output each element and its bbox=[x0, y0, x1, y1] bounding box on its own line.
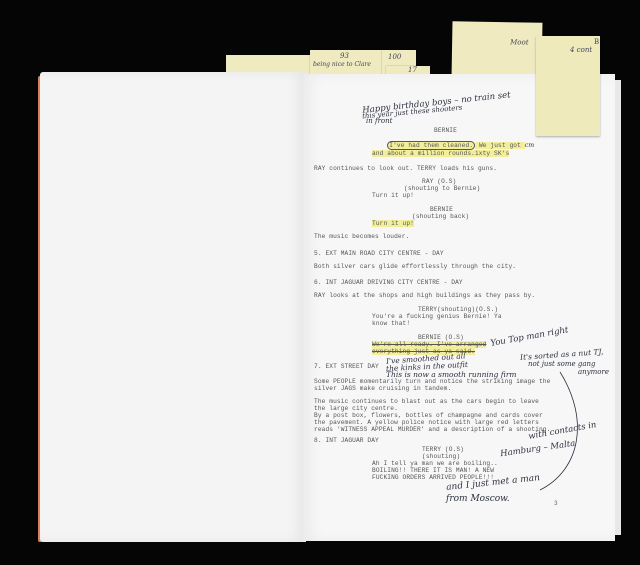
action-line: The music becomes louder. bbox=[314, 233, 409, 240]
page-number: 3 bbox=[554, 500, 558, 507]
action-line: The music continues to blast out as the … bbox=[314, 398, 539, 405]
handwritten-note: anymore bbox=[578, 368, 609, 376]
handwritten-note: not just some gang bbox=[528, 360, 596, 368]
dialogue: and about a million rounds. bbox=[372, 150, 475, 157]
dialogue: BOILING!! THERE IT IS MAN! A NEW bbox=[372, 467, 494, 474]
parenthetical: (shouting back) bbox=[412, 213, 469, 220]
action-line: the large city centre. bbox=[314, 405, 398, 412]
parenthetical: (shouting) bbox=[422, 453, 460, 460]
tab-note: Moot bbox=[510, 38, 529, 46]
photo-background: 93 being nice to Clare 100 17 Moot 4 con… bbox=[0, 0, 640, 565]
character-cue: RAY (O.S) bbox=[422, 178, 456, 185]
sticky-tab-moot: Moot bbox=[452, 21, 543, 79]
scene-heading: 8. INT JAGUAR DAY bbox=[314, 437, 379, 444]
action-line: RAY continues to look out. TERRY loads h… bbox=[314, 165, 497, 172]
tab-letter: B bbox=[594, 38, 599, 46]
tab-note: 4 cont bbox=[570, 46, 592, 54]
sticky-tab-93: 93 being nice to Clare bbox=[310, 50, 382, 74]
sticky-note-right: 4 cont B bbox=[536, 36, 600, 136]
scene-heading: 5. EXT MAIN ROAD CITY CENTRE - DAY bbox=[314, 250, 444, 257]
tab-note: being nice to Clare bbox=[313, 61, 371, 68]
handwritten-note: from Moscow. bbox=[446, 494, 510, 504]
action-line: By a post box, flowers, bottles of champ… bbox=[314, 412, 543, 419]
left-page-blank bbox=[40, 72, 306, 542]
dialogue: Turn it up! bbox=[372, 220, 414, 227]
scene-heading: 7. EXT STREET DAY bbox=[314, 363, 379, 370]
character-cue: BERNIE bbox=[430, 206, 453, 213]
character-cue: BERNIE (O.S) bbox=[418, 334, 464, 341]
parenthetical: (shouting to Bernie) bbox=[404, 185, 480, 192]
action-line: Some PEOPLE momentarily turn and notice … bbox=[314, 378, 550, 385]
dialogue: Ah I tell ya man we are boiling.. bbox=[372, 460, 498, 467]
character-cue: TERRY(shouting)(O.S.) bbox=[418, 306, 498, 313]
action-line: Both silver cars glide effortlessly thro… bbox=[314, 263, 516, 270]
action-line: silver JAGS make cruising in tandem. bbox=[314, 385, 451, 392]
handwritten-note: in front bbox=[366, 117, 392, 125]
tab-number: 17 bbox=[408, 66, 417, 74]
character-cue: TERRY (O.S) bbox=[422, 446, 464, 453]
dialogue: know that! bbox=[372, 320, 410, 327]
action-line: RAY looks at the shops and high building… bbox=[314, 292, 535, 299]
character-cue: BERNIE bbox=[434, 127, 457, 134]
action-line: reads 'WITNESS APPEAL MURDER' and a desc… bbox=[314, 426, 550, 433]
tab-number: 100 bbox=[388, 53, 401, 61]
dialogue: You're a fucking genius Bernie! Ya bbox=[372, 313, 502, 320]
dialogue: Turn it up! bbox=[372, 192, 414, 199]
tab-number: 93 bbox=[340, 52, 349, 60]
struck-dialogue: We're all ready. I've arranged bbox=[372, 341, 486, 348]
scene-heading: 6. INT JAGUAR DRIVING CITY CENTRE - DAY bbox=[314, 279, 463, 286]
handwritten-insert: cm bbox=[525, 142, 535, 149]
action-line: the pavement. A yellow police notice wit… bbox=[314, 419, 539, 426]
